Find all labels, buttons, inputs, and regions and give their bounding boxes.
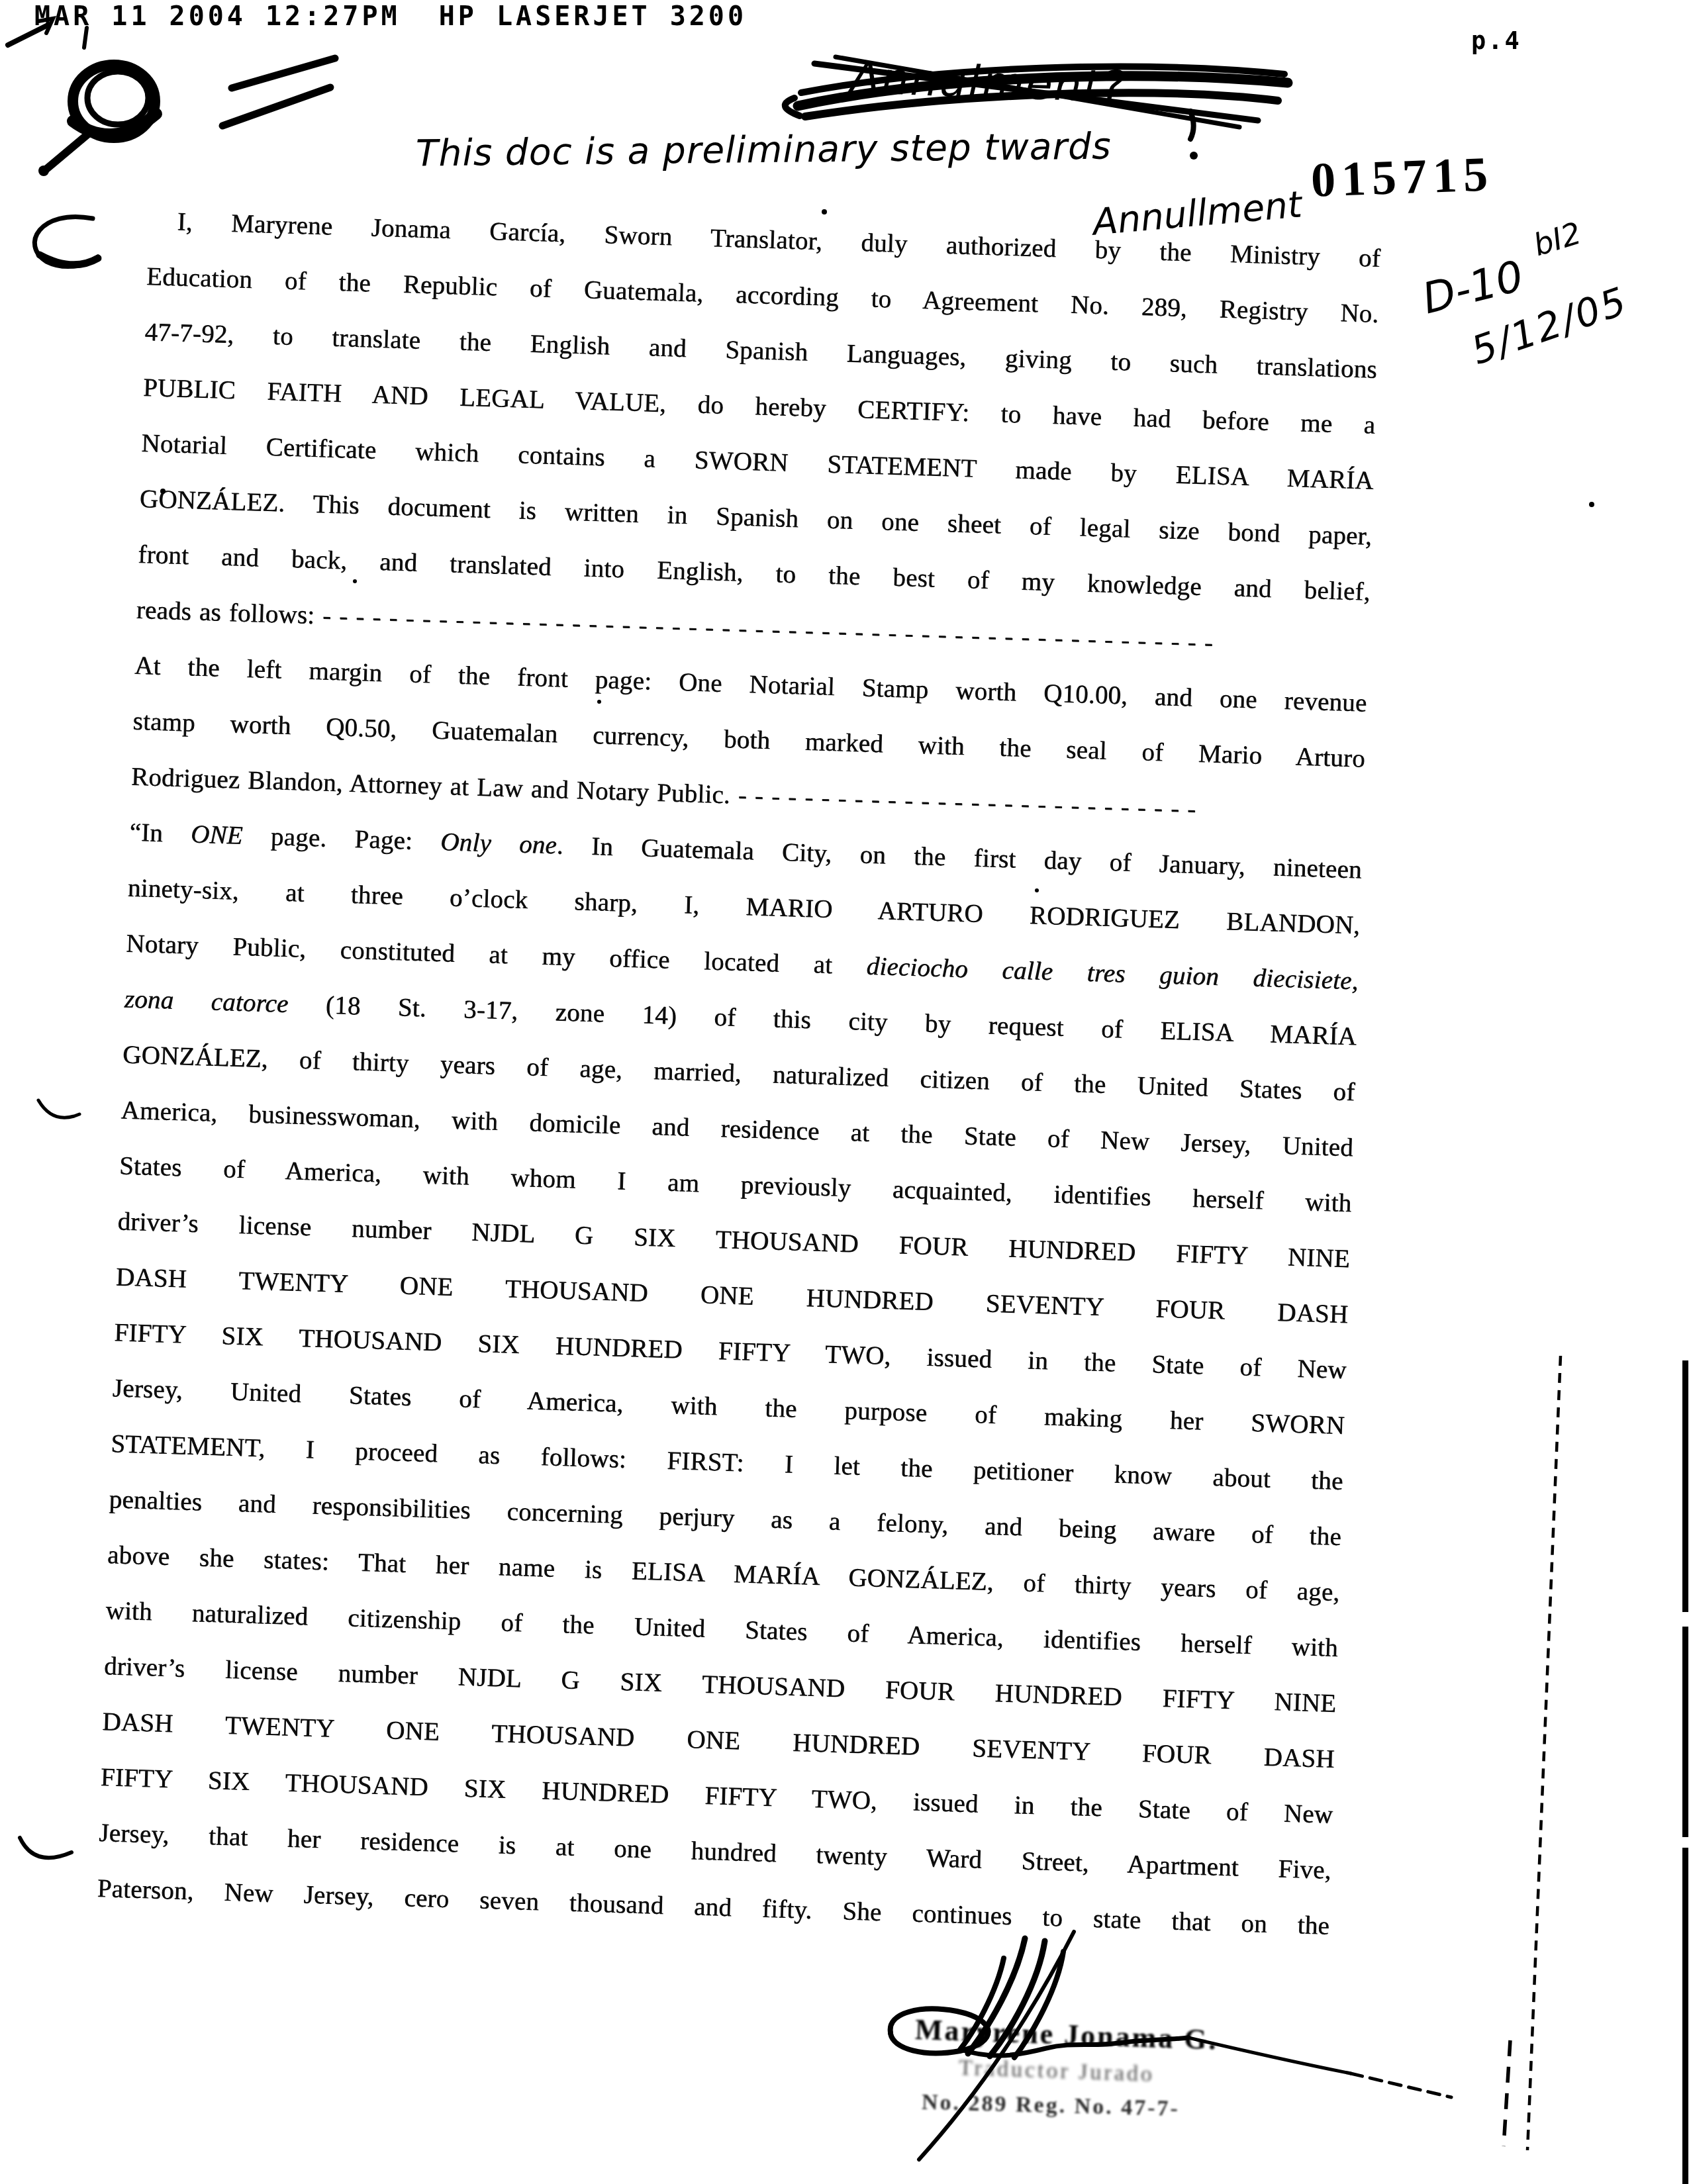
ink-ring-blot-icon — [38, 65, 156, 176]
document-body-text: I, Maryrene Jonama García, Sworn Transla… — [96, 193, 1381, 1954]
double-slash-mark-icon — [222, 58, 335, 126]
scanned-document-page: MAR 11 2004 12:27PM HP LASERJET 3200 p.4… — [0, 0, 1689, 2184]
exhibit-label: D-10 — [1418, 252, 1528, 324]
exhibit-initials: bI2 — [1529, 215, 1586, 263]
paragraph-translator-certification: I, Maryrene Jonama García, Sworn Transla… — [135, 193, 1381, 676]
fax-header-timestamp: MAR 11 2004 12:27PM HP LASERJET 3200 — [34, 1, 747, 32]
fax-page-number: p.4 — [1471, 26, 1521, 55]
bates-stamp-number: 015715 — [1310, 146, 1495, 209]
margin-arc-marks — [20, 216, 98, 1858]
signature-stamp-registry: No. 289 Reg. No. 47-7- — [922, 2090, 1181, 2122]
handwritten-note-line1: This doc is a preliminary step twards — [416, 125, 1112, 175]
handwritten-crossed-out-word: Annulment? — [849, 52, 1127, 113]
paragraph-notarial-statement: “In ONE page. Page: Only one. In Guatema… — [96, 805, 1362, 1954]
signature-stamp-title: Traductor Jurado — [958, 2056, 1155, 2087]
fold-line-artifacts — [1504, 1356, 1561, 2150]
scan-edge-artifact — [1682, 1360, 1688, 2184]
signature-stamp-name: Maryrene Jonama G. — [914, 2013, 1218, 2057]
